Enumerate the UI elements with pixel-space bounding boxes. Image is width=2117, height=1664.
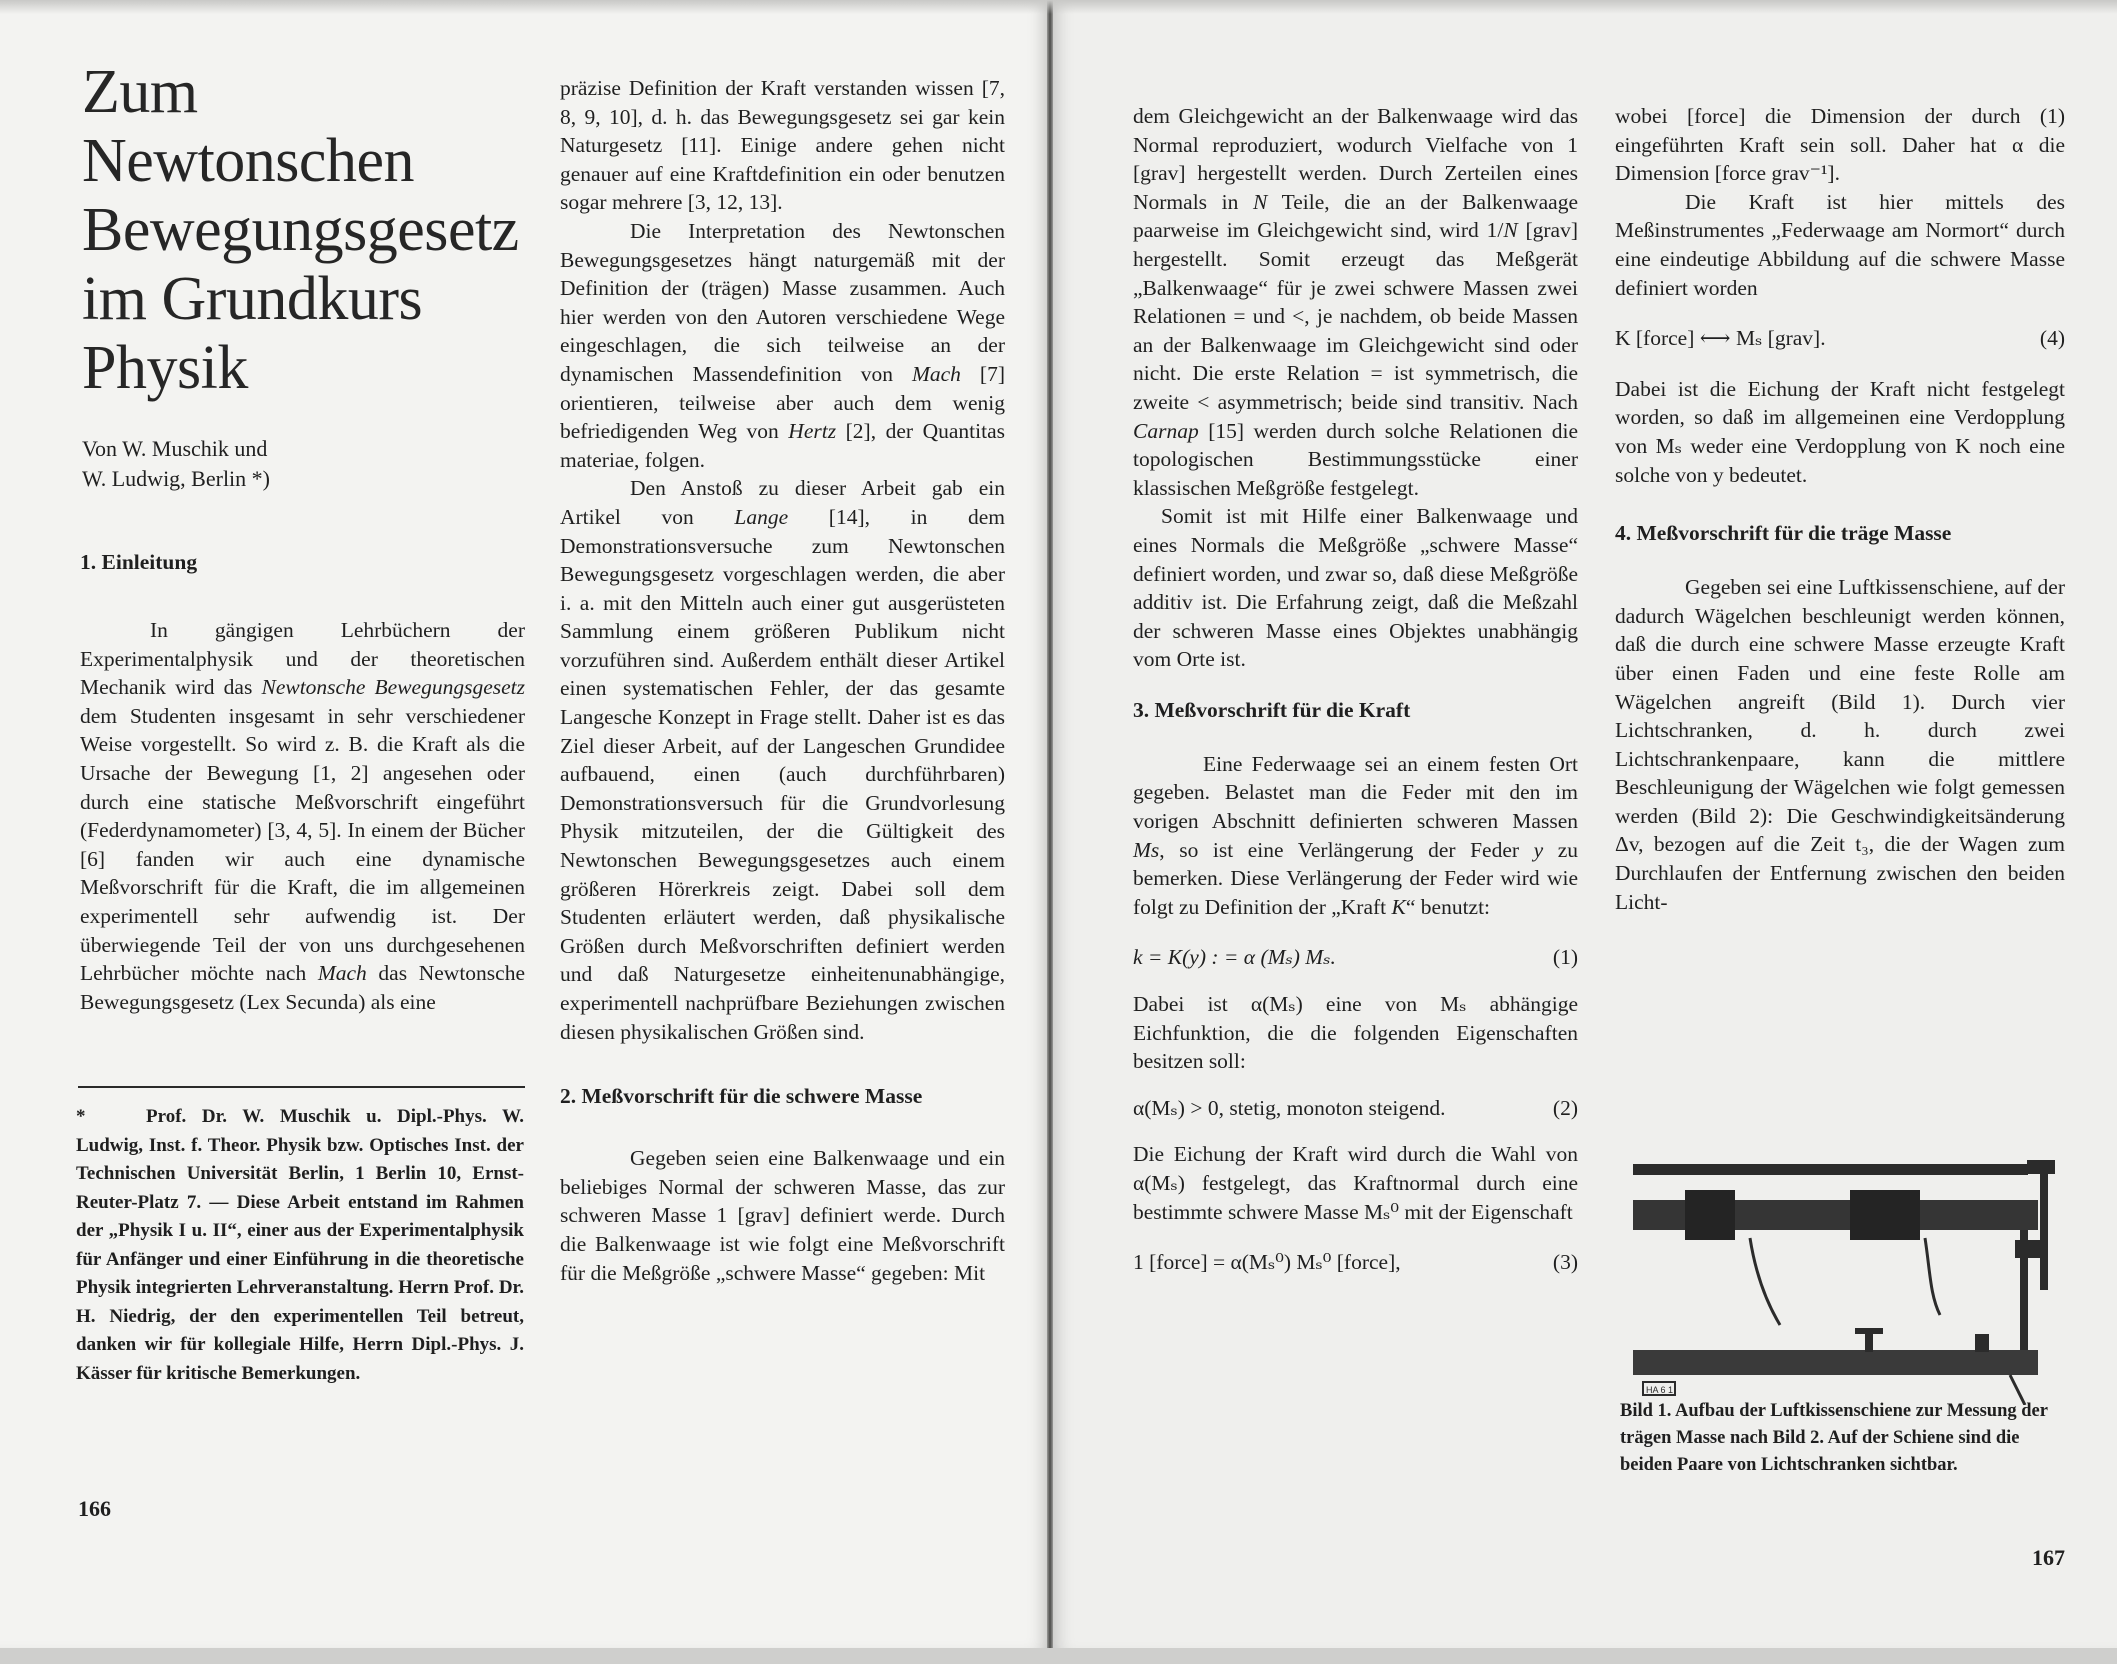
text-run: “ benutzt: (1406, 895, 1490, 919)
text-run: [15] werden durch solche Relationen die … (1133, 419, 1578, 500)
bottom-edge (0, 1648, 2117, 1664)
title-line: im Grundkurs (82, 265, 519, 334)
paragraph: Die Eichung der Kraft wird durch die Wah… (1133, 1140, 1578, 1226)
footnote-divider (78, 1086, 525, 1088)
section-heading-2: 2. Meßvorschrift für die schwere Masse (560, 1082, 1005, 1110)
paragraph: Eine Federwaage sei an einem festen Ort … (1133, 750, 1578, 922)
text-run-italic: Hertz (788, 419, 836, 443)
text-run-italic: Ms (1133, 838, 1159, 862)
figure-label: HA 6 1 (1646, 1385, 1673, 1395)
text-run: [grav] hergestellt. Somit erzeugt das Me… (1133, 218, 1578, 414)
text-run-italic: K (1392, 895, 1406, 919)
paragraph: dem Gleichgewicht an der Balkenwaage wir… (1133, 102, 1578, 502)
equation-number: (3) (1553, 1248, 1578, 1277)
paragraph: Die Interpretation des Newtonschen Beweg… (560, 217, 1005, 474)
text-run-italic: Lange (734, 505, 788, 529)
footnote: *Prof. Dr. W. Muschik u. Dipl.-Phys. W. … (76, 1103, 524, 1388)
page-number-left: 166 (78, 1496, 111, 1522)
paragraph: Gegeben sei eine Luftkissenschiene, auf … (1615, 573, 2065, 916)
author-byline: Von W. Muschik und W. Ludwig, Berlin *) (82, 434, 270, 494)
equation-2: α(Mₛ) > 0, stetig, monoton steigend.(2) (1133, 1094, 1578, 1123)
title-line: Bewegungsgesetz (82, 196, 519, 265)
text-run-italic: Mach (912, 362, 961, 386)
paragraph: präzise Definition der Kraft verstanden … (560, 74, 1005, 217)
bleed-through-text (1480, 56, 1620, 78)
paragraph: Gegeben seien eine Balkenwaage und ein b… (560, 1144, 1005, 1287)
title-line: Physik (82, 334, 519, 403)
author-line: Von W. Muschik und (82, 434, 270, 464)
text-run: dem Studenten insgesamt in sehr verschie… (80, 704, 525, 985)
paragraph: wobei [force] die Dimension der durch (1… (1615, 102, 2065, 188)
equation-expression: α(Mₛ) > 0, stetig, monoton steigend. (1133, 1094, 1446, 1123)
footnote-text: Prof. Dr. W. Muschik u. Dipl.-Phys. W. L… (76, 1106, 524, 1384)
section-heading-4: 4. Meßvorschrift für die träge Masse (1615, 519, 2065, 547)
equation-1: k = K(y) : = α (Mₛ) Mₛ.(1) (1133, 943, 1578, 972)
text-run: , so ist eine Verlängerung der Feder (1159, 838, 1533, 862)
text-run: [14], in dem Demonstrationsversuche zum … (560, 505, 1005, 1044)
paragraph: Dabei ist α(Mₛ) eine von Mₛ abhängige Ei… (1133, 990, 1578, 1076)
paragraph: Somit ist mit Hilfe einer Balkenwaage un… (1133, 502, 1578, 674)
section-heading-3: 3. Meßvorschrift für die Kraft (1133, 696, 1578, 724)
air-track-apparatus-illustration: HA 6 1 (1615, 1120, 2075, 1405)
equation-4: K [force] ⟷ Mₛ [grav].(4) (1615, 324, 2065, 353)
text-run: Eine Federwaage sei an einem festen Ort … (1133, 752, 1578, 833)
article-title: Zum Newtonschen Bewegungsgesetz im Grund… (82, 58, 519, 403)
text-run-italic: N (1253, 190, 1267, 214)
paragraph: Dabei ist die Eichung der Kraft nicht fe… (1615, 375, 2065, 489)
equation-expression: 1 [force] = α(Mₛ⁰) Mₛ⁰ [force], (1133, 1248, 1401, 1277)
title-line: Newtonschen (82, 127, 519, 196)
equation-number: (1) (1553, 943, 1578, 972)
page-number-right: 167 (2032, 1545, 2065, 1571)
book-spread: Zum Newtonschen Bewegungsgesetz im Grund… (0, 0, 2117, 1664)
figure-caption: Bild 1. Aufbau der Luftkissenschiene zur… (1620, 1398, 2050, 1479)
left-column-2: präzise Definition der Kraft verstanden … (560, 74, 1005, 1287)
equation-3: 1 [force] = α(Mₛ⁰) Mₛ⁰ [force],(3) (1133, 1248, 1578, 1277)
paragraph: Den Anstoß zu dieser Arbeit gab ein Arti… (560, 474, 1005, 1046)
text-run-italic: y (1534, 838, 1544, 862)
author-line: W. Ludwig, Berlin *) (82, 464, 270, 494)
equation-expression: k = K(y) : = α (Mₛ) Mₛ. (1133, 943, 1336, 972)
text-run-italic: Carnap (1133, 419, 1199, 443)
text-run-italic: Newtonsche Bewegungsgesetz (261, 675, 525, 699)
book-gutter (1047, 0, 1053, 1664)
footnote-mark: * (76, 1103, 146, 1132)
title-line: Zum (82, 58, 519, 127)
section-heading-1: 1. Einleitung (80, 548, 525, 576)
top-edge-shadow (0, 0, 2117, 14)
paragraph-intro: In gängigen Lehrbüchern der Experimental… (80, 616, 525, 1016)
equation-expression: K [force] ⟷ Mₛ [grav]. (1615, 324, 1826, 353)
text-run: Die Interpretation des Newtonschen Beweg… (560, 219, 1005, 386)
equation-number: (2) (1553, 1094, 1578, 1123)
paragraph: Die Kraft ist hier mittels des Meßinstru… (1615, 188, 2065, 302)
right-column-1: dem Gleichgewicht an der Balkenwaage wir… (1133, 102, 1578, 1277)
figure-air-track-photo: HA 6 1 (1615, 1120, 2075, 1405)
left-column-1: 1. Einleitung In gängigen Lehrbüchern de… (80, 548, 525, 1016)
right-column-2: wobei [force] die Dimension der durch (1… (1615, 102, 2065, 916)
text-run-italic: N (1503, 218, 1517, 242)
equation-number: (4) (2040, 324, 2065, 353)
text-run-italic: Mach (318, 961, 367, 985)
